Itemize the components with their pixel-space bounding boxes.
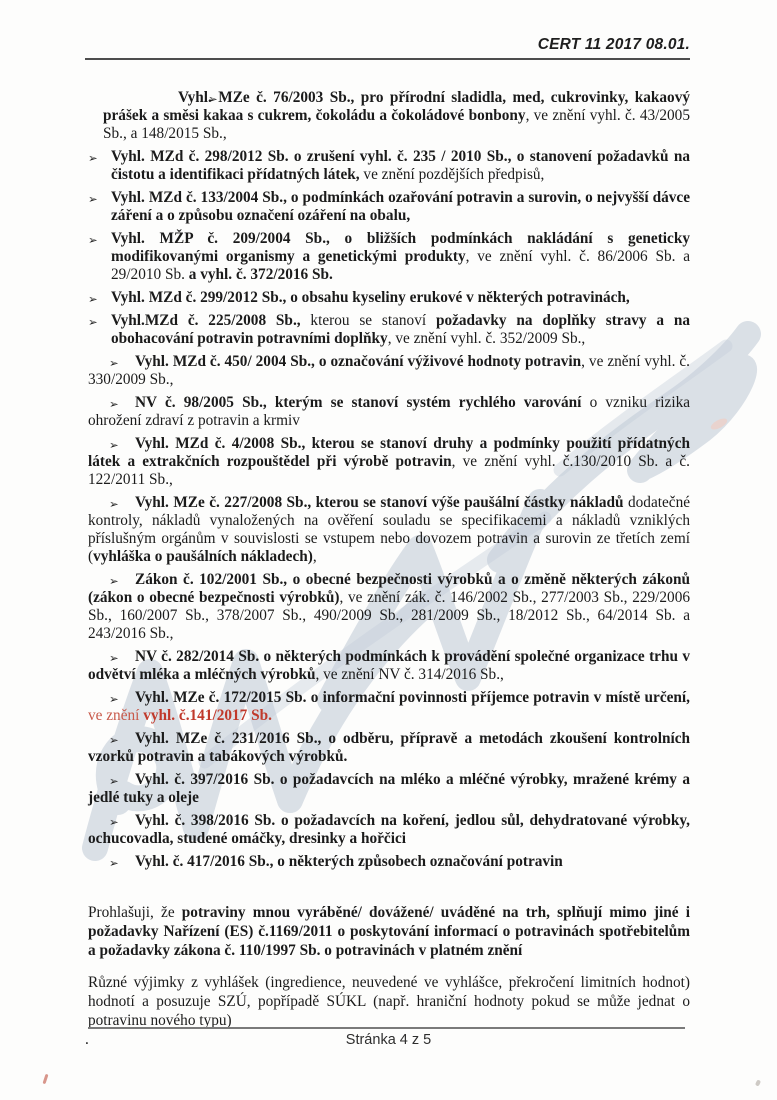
bullet-arrow-icon: ➢ [88,190,98,208]
bullet-arrow-icon: ➢ [88,231,98,249]
list-item: ➢Vyhl. MŽP č. 209/2004 Sb., o bližších p… [0,230,690,284]
list-item: ➢Vyhl. MZd č. 299/2012 Sb., o obsahu kys… [0,289,690,307]
declaration-paragraph: Různé výjimky z vyhlášek (ingredience, n… [0,973,690,1030]
bullet-arrow-icon: ➢ [62,813,119,831]
list-item: ➢NV č. 98/2005 Sb., kterým se stanoví sy… [0,394,690,430]
list-item: ➢Vyhl. MZd č. 133/2004 Sb., o podmínkách… [0,189,690,225]
bullet-arrow-icon: ➢ [62,854,119,872]
header-document-code: CERT 11 2017 08.01. [538,36,690,54]
decree-list: ➢Vyhl. MZe č. 76/2003 Sb., pro přírodní … [0,89,690,871]
list-item: ➢Zákon č. 102/2001 Sb., o obecné bezpečn… [0,571,690,643]
bullet-arrow-icon: ➢ [62,690,119,708]
bullet-arrow-icon: ➢ [88,290,98,308]
list-item: ➢Vyhl. MZd č. 298/2012 Sb. o zrušení vyh… [0,148,690,184]
bullet-arrow-icon: ➢ [88,149,98,167]
list-item: ➢Vyhl. MZe č. 76/2003 Sb., pro přírodní … [0,89,690,143]
declaration-paragraph: Prohlašuji, že potraviny mnou vyráběné/ … [0,903,690,960]
list-item: ➢Vyhl.MZd č. 225/2008 Sb., kterou se sta… [0,312,690,348]
list-item: ➢Vyhl. č. 398/2016 Sb. o požadavcích na … [0,812,690,848]
bullet-arrow-icon: ➢ [62,354,119,372]
list-item: ➢Vyhl. MZe č. 172/2015 Sb. o informační … [0,689,690,725]
bullet-arrow-icon: ➢ [62,495,119,513]
bullet-arrow-icon: ➢ [88,313,98,331]
scan-speck [755,1079,761,1086]
list-item: ➢Vyhl. č. 417/2016 Sb., o některých způs… [0,853,690,871]
list-item: ➢NV č. 282/2014 Sb. o některých podmínká… [0,648,690,684]
list-item: ➢Vyhl. č. 397/2016 Sb. o požadavcích na … [0,771,690,807]
page-number-label: Stránka 4 z 5 [0,1032,777,1048]
bullet-arrow-icon: ➢ [62,731,119,749]
bullet-arrow-icon: ➢ [62,772,119,790]
scan-mark [43,1074,49,1084]
list-item: ➢Vyhl. MZd č. 4/2008 Sb., kterou se stan… [0,435,690,489]
document-page: CERT 11 2017 08.01. ➢Vyhl. MZe č. 76/200… [0,0,777,1100]
footer-rule [88,1027,685,1029]
bullet-arrow-icon: ➢ [62,436,119,454]
bullet-arrow-icon: ➢ [62,395,119,413]
list-item: ➢Vyhl. MZe č. 227/2008 Sb., kterou se st… [0,494,690,566]
list-item: ➢Vyhl. MZe č. 231/2016 Sb., o odběru, př… [0,730,690,766]
bullet-arrow-icon: ➢ [62,649,119,667]
document-body: ➢Vyhl. MZe č. 76/2003 Sb., pro přírodní … [0,89,777,1049]
header-rule [85,58,690,60]
bullet-arrow-icon: ➢ [62,572,119,590]
list-item: ➢Vyhl. MZd č. 450/ 2004 Sb., o označován… [0,353,690,389]
bullet-arrow-icon: ➢ [133,90,218,108]
